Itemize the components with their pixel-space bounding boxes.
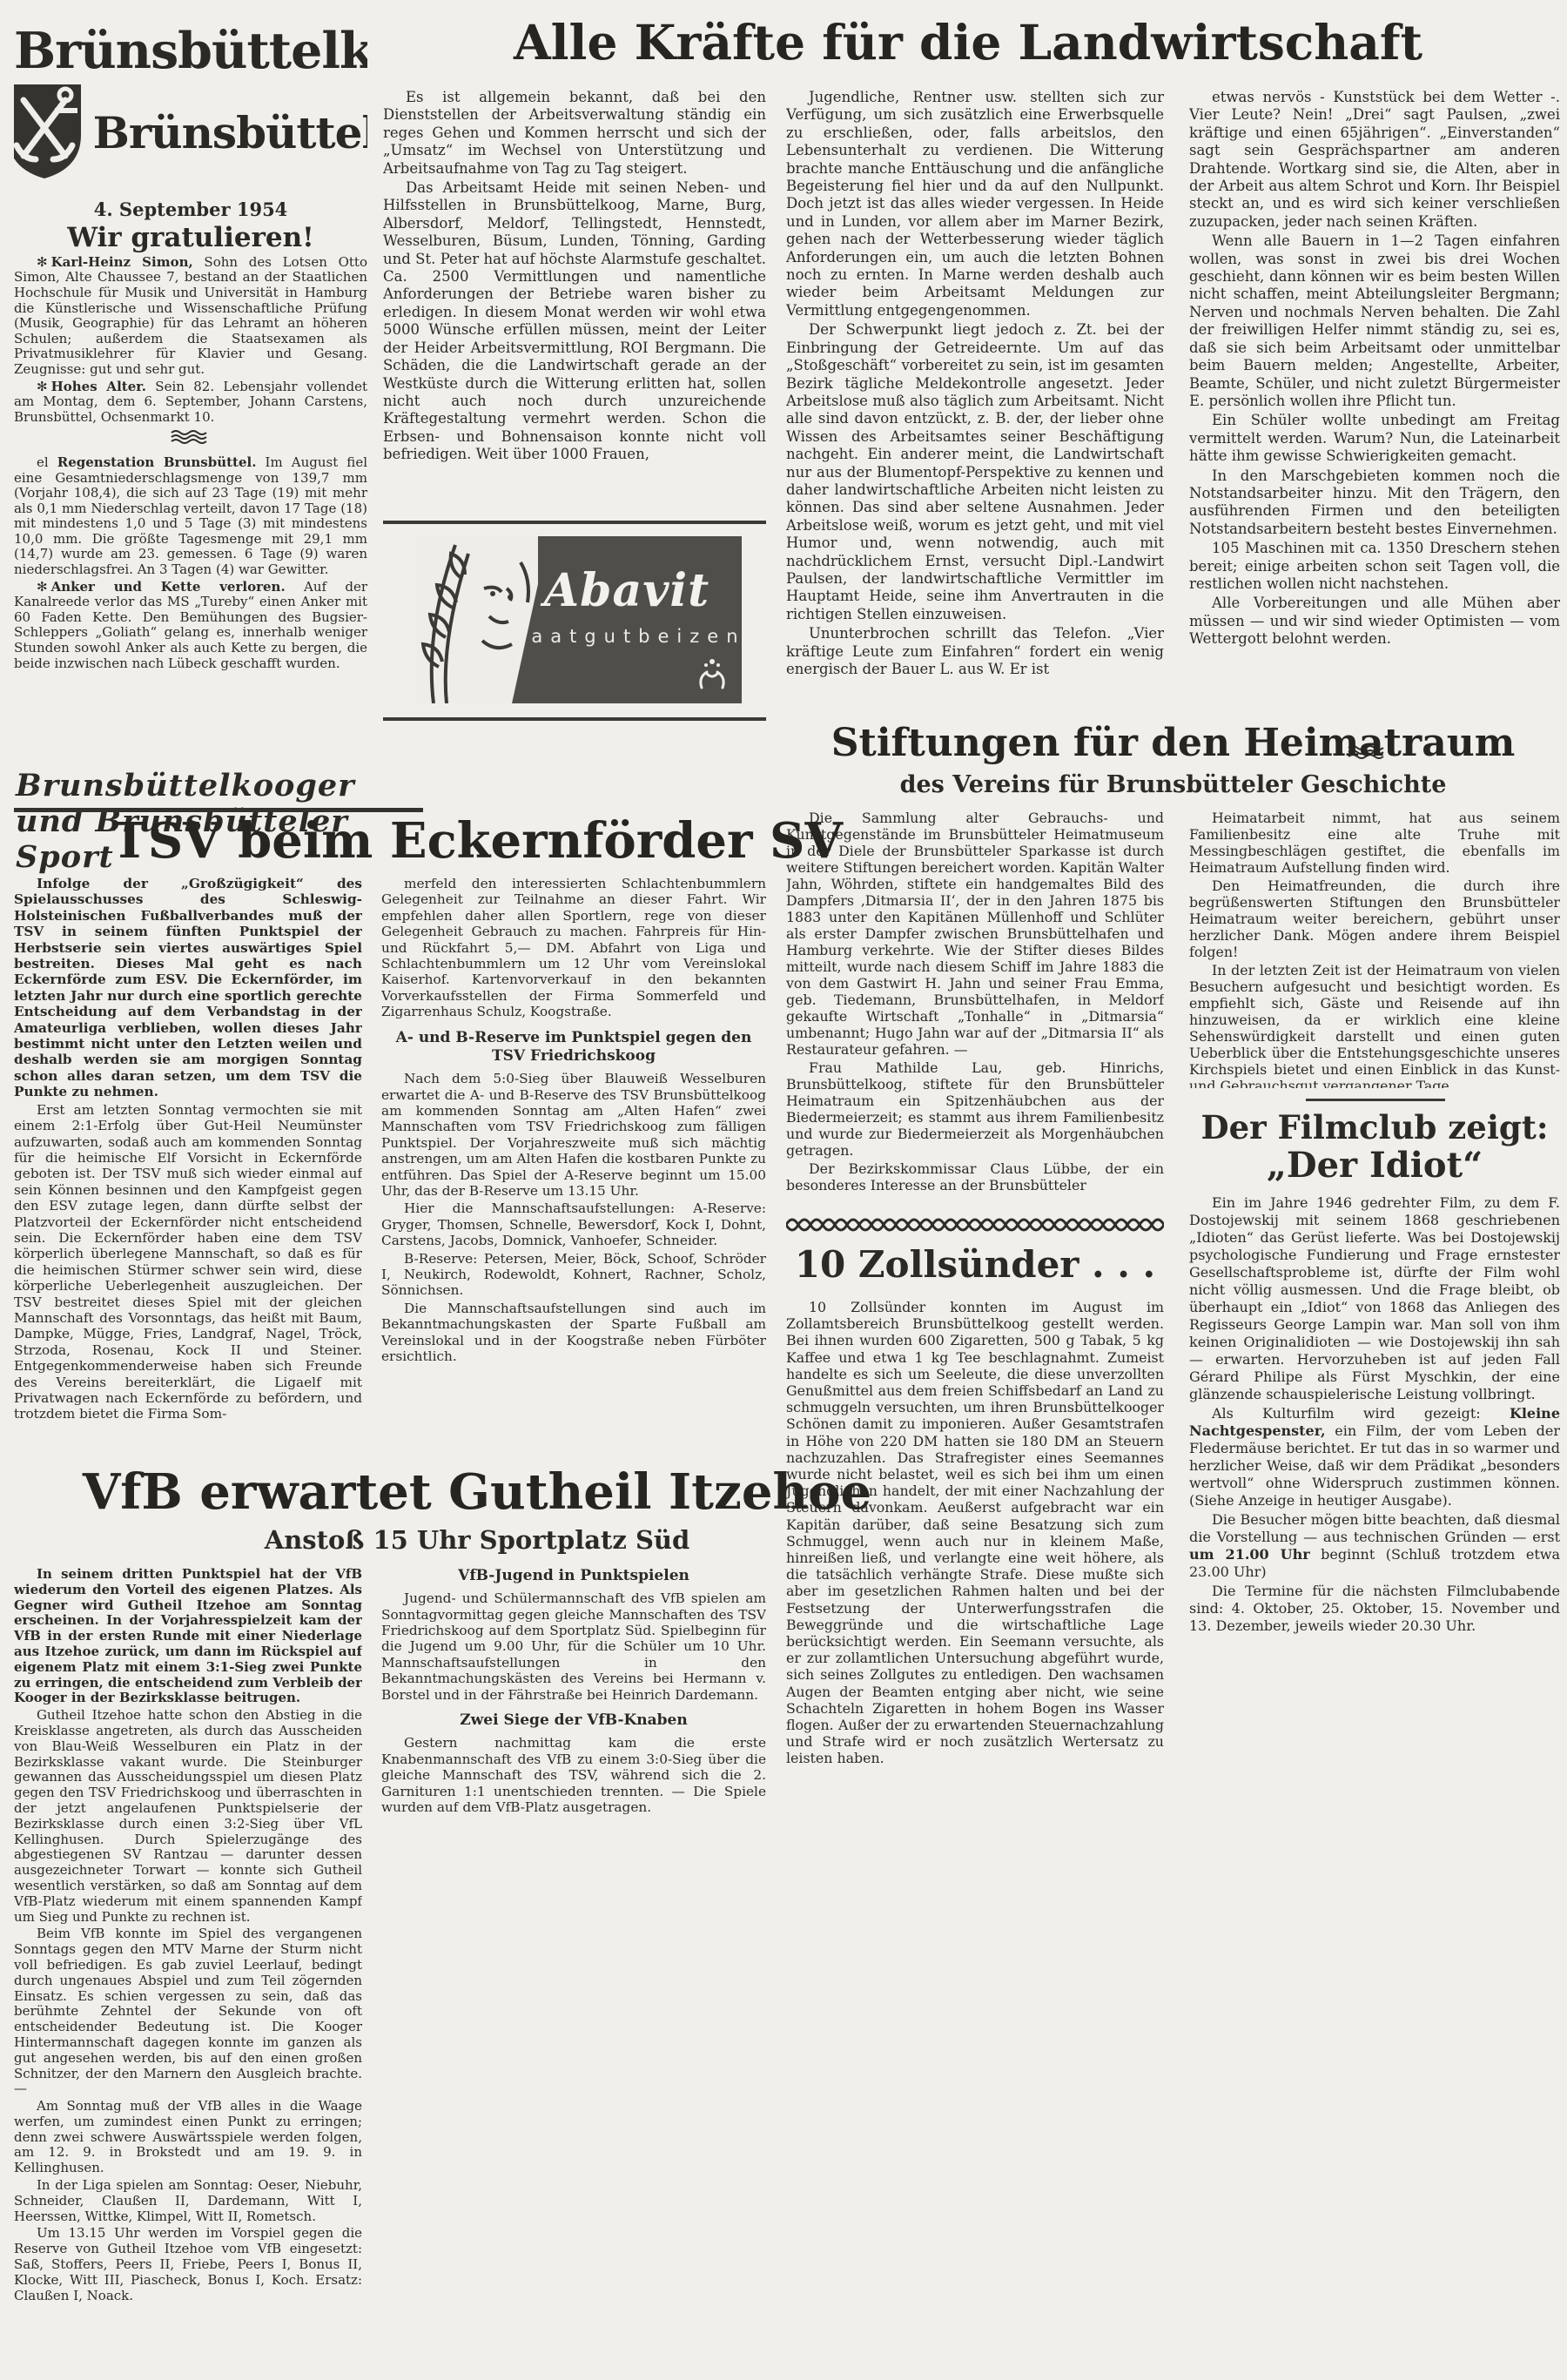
paragraph: Den Heimatfreunden, die durch ihre begrü… xyxy=(1189,877,1560,960)
masthead-title-line2: Brünsbüttel xyxy=(93,111,367,155)
bayer-hands-icon xyxy=(695,653,730,695)
abavit-ad: Abavit Saatgutbeizen xyxy=(416,536,742,703)
masthead-emblem-row: Brünsbüttel xyxy=(14,81,367,186)
paragraph: Heimatarbeit nimmt, hat aus seinem Famil… xyxy=(1189,810,1560,876)
vfb-knaben-subhead: Zwei Siege der VfB-Knaben xyxy=(381,1711,766,1730)
vfb-col2: VfB-Jugend in Punktspielen Jugend- und S… xyxy=(381,1567,766,1985)
abavit-product: Saatgutbeizen xyxy=(512,626,742,647)
paragraph: Hier die Mannschaftsaufstellungen: A-Res… xyxy=(381,1200,766,1248)
paragraph: Jugendliche, Rentner usw. stellten sich … xyxy=(786,89,1164,319)
paragraph: In der Liga spielen am Sonntag: Oeser, N… xyxy=(14,2178,362,2224)
tsv-reserve-subhead: A- und B-Reserve im Punktspiel gegen den… xyxy=(381,1029,766,1066)
paragraph: Um 13.15 Uhr werden im Vorspiel gegen di… xyxy=(14,2226,362,2303)
item-lead: Karl-Heinz Simon, xyxy=(51,254,193,270)
stiftungen-col2: Heimatarbeit nimmt, hat aus seinem Famil… xyxy=(1189,810,1560,1088)
paragraph: Wenn alle Bauern in 1—2 Tagen einfahren … xyxy=(1189,232,1560,410)
paragraph: merfeld den interessierten Schlachtenbum… xyxy=(381,876,766,1020)
chain-divider-icon xyxy=(786,1217,1164,1236)
paragraph: In der letzten Zeit ist der Heimatraum v… xyxy=(1189,962,1560,1088)
paragraph: Jugend- und Schülermannschaft des VfB sp… xyxy=(381,1590,766,1703)
text-run-bold: um 21.00 Uhr xyxy=(1189,1546,1310,1563)
paragraph: Als Kulturfilm wird gezeigt: Kleine Nach… xyxy=(1189,1405,1560,1509)
item-lead: Hohes Alter. xyxy=(51,379,146,394)
note-prefix: el xyxy=(37,454,57,470)
paragraph: B-Reserve: Petersen, Meier, Böck, Schoof… xyxy=(381,1251,766,1299)
paragraph: Die Mannschaftsaufstellungen sind auch i… xyxy=(381,1301,766,1365)
text-run: Die Besucher mögen bitte beachten, daß d… xyxy=(1189,1511,1560,1545)
stiftungen-subhead: des Vereins für Brunsbütteler Geschichte xyxy=(786,771,1560,798)
star-icon: ✻ xyxy=(37,579,51,595)
wavy-divider-icon xyxy=(14,430,367,448)
paragraph: Die Besucher mögen bitte beachten, daß d… xyxy=(1189,1511,1560,1581)
gratulieren-item: ✻Hohes Alter. Sein 82. Lebensjahr vollen… xyxy=(14,380,367,426)
note-text: Im August fiel eine Gesamtniederschlagsm… xyxy=(14,454,367,577)
abavit-panel: Abavit Saatgutbeizen xyxy=(512,536,742,703)
lead-paragraph: Infolge der „Großzügigkeit“ des Spielaus… xyxy=(14,876,362,1100)
filmclub-headline-line2: „Der Idiot“ xyxy=(1189,1147,1560,1184)
paragraph: Der Schwerpunkt liegt jedoch z. Zt. bei … xyxy=(786,321,1164,623)
note-lead: Regenstation Brunsbüttel. xyxy=(57,454,257,470)
vfb-jugend-subhead: VfB-Jugend in Punktspielen xyxy=(381,1567,766,1585)
issue-date: 4. September 1954 xyxy=(14,202,367,218)
gratulieren-item: ✻Karl-Heinz Simon, Sohn des Lotsen Otto … xyxy=(14,255,367,378)
paragraph: Am Sonntag muß der VfB alles in die Waag… xyxy=(14,2099,362,2176)
paragraph: Ein im Jahre 1946 gedrehter Film, zu dem… xyxy=(1189,1194,1560,1403)
paragraph: Nach dem 5:0-Sieg über Blauweiß Wesselbu… xyxy=(381,1071,766,1199)
paragraph: Das Arbeitsamt Heide mit seinen Neben- u… xyxy=(383,179,766,464)
stiftungen-headline: Stiftungen für den Heimatraum xyxy=(786,724,1560,763)
main-article-col2: Jugendliche, Rentner usw. stellten sich … xyxy=(786,89,1164,703)
main-headline: Alle Kräfte für die Landwirtschaft xyxy=(376,17,1560,68)
main-article-col1: Es ist allgemein bekannt, daß bei den Di… xyxy=(383,89,766,522)
paragraph: Alle Vorbereitungen und alle Mühen aber … xyxy=(1189,595,1560,648)
abavit-brand: Abavit xyxy=(512,564,742,617)
filmclub-body: Ein im Jahre 1946 gedrehter Film, zu dem… xyxy=(1189,1194,1560,1691)
paragraph: 105 Maschinen mit ca. 1350 Dreschern ste… xyxy=(1189,540,1560,593)
paragraph: Gutheil Itzehoe hatte schon den Abstieg … xyxy=(14,1708,362,1925)
anker-note: ✻Anker und Kette verloren. Auf der Kanal… xyxy=(14,580,367,672)
lead-paragraph: In seinem dritten Punktspiel hat der VfB… xyxy=(14,1567,362,1706)
masthead-title-line1: Brünsbüttelkoog xyxy=(14,26,367,76)
newspaper-page: Brünsbüttelkoog xyxy=(0,0,1567,2380)
paragraph: Beim VfB konnte im Spiel des vergangenen… xyxy=(14,1926,362,2097)
tsv-headline: TSV beim Eckernförder SV xyxy=(14,817,940,865)
star-icon: ✻ xyxy=(37,254,51,270)
anchor-shield-icon xyxy=(14,81,84,186)
paragraph: In den Marschgebieten kommen noch die No… xyxy=(1189,467,1560,539)
paragraph: Ein Schüler wollte unbedingt am Freitag … xyxy=(1189,412,1560,465)
stiftungen-col1: Die Sammlung alter Gebrauchs- und Kunstg… xyxy=(786,810,1164,1203)
item-text: Sohn des Lotsen Otto Simon, Alte Chausse… xyxy=(14,254,367,377)
paragraph: Der Bezirkskommissar Claus Lübbe, der ei… xyxy=(786,1160,1164,1193)
paragraph: Frau Mathilde Lau, geb. Hinrichs, Brunsb… xyxy=(786,1059,1164,1159)
regenstation-note: el Regenstation Brunsbüttel. Im August f… xyxy=(14,455,367,578)
zollsuender-body: 10 Zollsünder konnten im August im Zolla… xyxy=(786,1299,1164,1821)
vfb-col1: In seinem dritten Punktspiel hat der VfB… xyxy=(14,1567,362,2377)
vfb-subhead: Anstoß 15 Uhr Sportplatz Süd xyxy=(14,1525,940,1555)
tsv-col1: Infolge der „Großzügigkeit“ des Spielaus… xyxy=(14,876,362,1457)
ad-rule-bottom xyxy=(383,717,766,721)
paragraph: Die Termine für die nächsten Filmclubabe… xyxy=(1189,1583,1560,1635)
note-lead: Anker und Kette verloren. xyxy=(51,579,286,595)
ad-rule-top xyxy=(383,521,766,524)
paragraph: Gestern nachmittag kam die erste Knabenm… xyxy=(381,1735,766,1815)
filmclub-headline-line1: Der Filmclub zeigt: xyxy=(1189,1111,1560,1145)
star-icon: ✻ xyxy=(37,379,51,394)
gratulieren-headline: Wir gratulieren! xyxy=(14,231,367,246)
paragraph: Erst am letzten Sonntag vermochten sie m… xyxy=(14,1102,362,1422)
zollsuender-headline: 10 Zollsünder . . . xyxy=(786,1243,1164,1286)
text-run: Als Kulturfilm wird gezeigt: xyxy=(1212,1405,1510,1422)
main-article-col3: etwas nervös - Kunststück bei dem Wetter… xyxy=(1189,89,1560,733)
section-rule xyxy=(1306,1099,1445,1101)
vfb-headline: VfB erwartet Gutheil Itzehoe xyxy=(14,1468,940,1516)
paragraph: Ununterbrochen schrillt das Telefon. „Vi… xyxy=(786,625,1164,678)
left-column: Brünsbüttelkoog xyxy=(14,26,367,770)
tsv-col2: merfeld den interessierten Schlachtenbum… xyxy=(381,876,766,1457)
paragraph: etwas nervös - Kunststück bei dem Wetter… xyxy=(1189,89,1560,231)
paragraph: Es ist allgemein bekannt, daß bei den Di… xyxy=(383,89,766,178)
